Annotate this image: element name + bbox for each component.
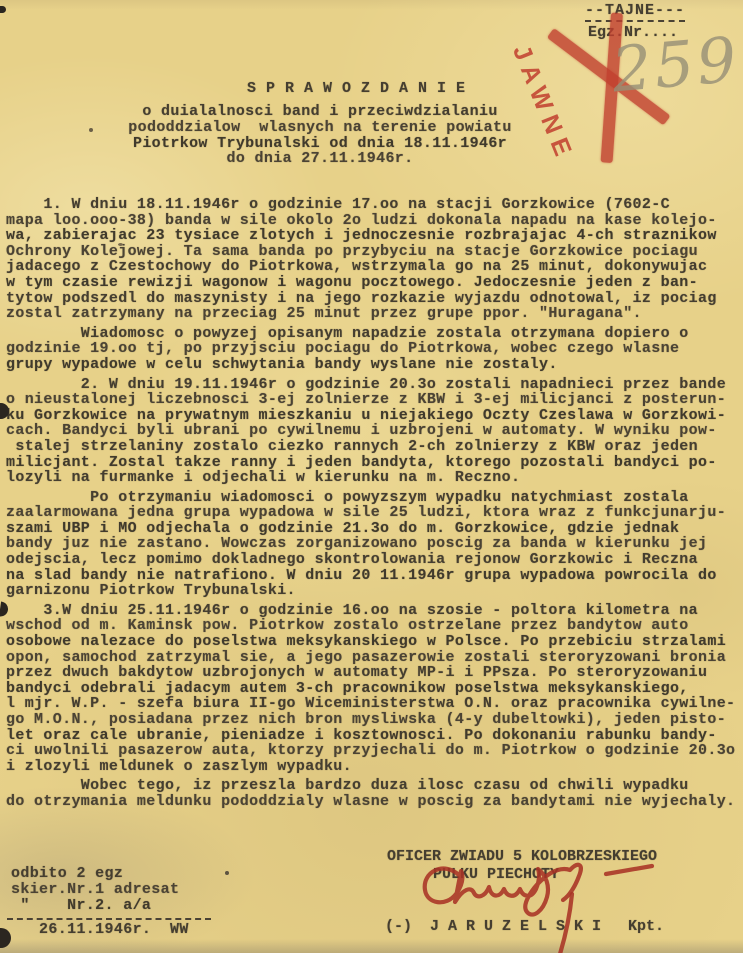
paper-blemish: [0, 6, 6, 13]
paper-speck: [225, 871, 229, 875]
classification-label: --TAJNE---: [585, 2, 685, 22]
paragraph-3b: Wobec tego, iz przeszla bardzo duza ilos…: [6, 778, 740, 809]
text-line: stalej strzelaniny zostalo ciezko rannyc…: [6, 439, 740, 455]
paragraph-3: 3.W dniu 25.11.1946r o godzinie 16.oo na…: [6, 603, 740, 775]
text-line: do otrzymania meldunku pododdzialy wlasn…: [6, 794, 740, 810]
text-line: tytow podszedl do maszynisty i na jego r…: [6, 291, 740, 307]
text-line: let oraz cale ubranie, pieniadze i koszt…: [6, 728, 740, 744]
text-line: zaalarmowana jedna grupa wypadowa w sile…: [6, 505, 740, 521]
text-line: 2. W dniu 19.11.1946r o godzinie 20.3o z…: [6, 377, 740, 393]
text-line: godzinie 19.oo tj, po przyjsciu pociagu …: [6, 341, 740, 357]
text-line: pododdzialow wlasnych na terenie powiatu: [55, 120, 585, 136]
text-line: do dnia 27.11.1946r.: [55, 151, 585, 167]
text-line: lozyli na furmanke i odjechali w kierunk…: [6, 470, 740, 486]
report-body: 1. W dniu 18.11.1946r o godzinie 17.oo n…: [6, 197, 740, 814]
text-line: 1. W dniu 18.11.1946r o godzinie 17.oo n…: [6, 197, 740, 213]
text-line: bandy juz nie zastano. Wowczas zorganizo…: [6, 536, 740, 552]
paragraph-1b: Wiadomosc o powyzej opisanym napadzie zo…: [6, 326, 740, 373]
text-line: grupy wypadowe w celu schwytania bandy w…: [6, 357, 740, 373]
text-line: milicjant. Zostal takze ranny i jeden ba…: [6, 455, 740, 471]
paper-speck: [118, 243, 123, 246]
paragraph-2: 2. W dniu 19.11.1946r o godzinie 20.3o z…: [6, 377, 740, 486]
text-line: l mjr. W.P. - szefa biura II-go Wicemini…: [6, 696, 740, 712]
addressee-line: skier.Nr.1 adresat: [11, 882, 211, 898]
date-line: 26.11.1946r. WW: [11, 922, 211, 938]
text-line: wschod od m. Kaminsk pow. Piotrkow zosta…: [6, 618, 740, 634]
text-line: o duialalnosci band i przeciwdzialaniu: [55, 104, 585, 120]
addressee-line: " Nr.2. a/a: [11, 898, 211, 914]
dashed-rule: [7, 918, 211, 920]
report-title: S P R A W O Z D A N I E: [247, 80, 466, 97]
text-line: cach. Bandyci byli ubrani po cywilnemu i…: [6, 423, 740, 439]
copies-line: odbito 2 egz: [11, 866, 211, 882]
text-line: wa, zabierajac 23 tysiace zlotych i jedn…: [6, 228, 740, 244]
text-line: mapa loo.ooo-38) banda w sile okolo 2o l…: [6, 213, 740, 229]
signature-autograph: [410, 852, 670, 953]
paragraph-1: 1. W dniu 18.11.1946r o godzinie 17.oo n…: [6, 197, 740, 322]
report-subtitle: o duialalnosci band i przeciwdzialaniupo…: [55, 104, 585, 167]
text-line: go M.O.N., posiadana przez nich bron mys…: [6, 712, 740, 728]
text-line: ku Gorzkowice na prywatnym mieszkaniu u …: [6, 408, 740, 424]
text-line: Wiadomosc o powyzej opisanym napadzie zo…: [6, 326, 740, 342]
text-line: o nieustalonej liczebnosci 3-ej zolnierz…: [6, 392, 740, 408]
distribution-note: odbito 2 egz skier.Nr.1 adresat " Nr.2. …: [11, 866, 211, 938]
text-line: osobowe nalezace do poselstwa meksykansk…: [6, 634, 740, 650]
document-page: --TAJNE--- Egz.Nr.... JAWNE 259 S P R A …: [0, 0, 743, 953]
text-line: zostal zatrzymany na przeciag 25 minut p…: [6, 306, 740, 322]
paper-speck: [89, 128, 93, 132]
text-line: przez dwuch bakdytow uzbrojonych w autom…: [6, 665, 740, 681]
paper-blemish: [0, 928, 11, 948]
text-line: garnizonu Piotrkow Trybunalski.: [6, 583, 740, 599]
text-line: w tym czasie rewizji wagonow i wagonu po…: [6, 275, 740, 291]
pencil-number: 259: [609, 23, 742, 107]
text-line: jadacego z Czestochowy do Piotrkowa, wst…: [6, 259, 740, 275]
text-line: i zlozyli meldunek o zaszlym wypadku.: [6, 759, 740, 775]
text-line: Po otrzymaniu wiadomosci o powyzszym wyp…: [6, 490, 740, 506]
text-line: ci uwolnili pasazerow auta, ktorzy przyj…: [6, 743, 740, 759]
paragraph-2b: Po otrzymaniu wiadomosci o powyzszym wyp…: [6, 490, 740, 599]
text-line: na slad bandy nie natrafiono. W dniu 20 …: [6, 568, 740, 584]
text-line: odejscia, lecz pomimo dokladnego skontro…: [6, 552, 740, 568]
text-line: Wobec tego, iz przeszla bardzo duza ilos…: [6, 778, 740, 794]
text-line: opon, samochod zatrzymal sie, a jego pas…: [6, 650, 740, 666]
